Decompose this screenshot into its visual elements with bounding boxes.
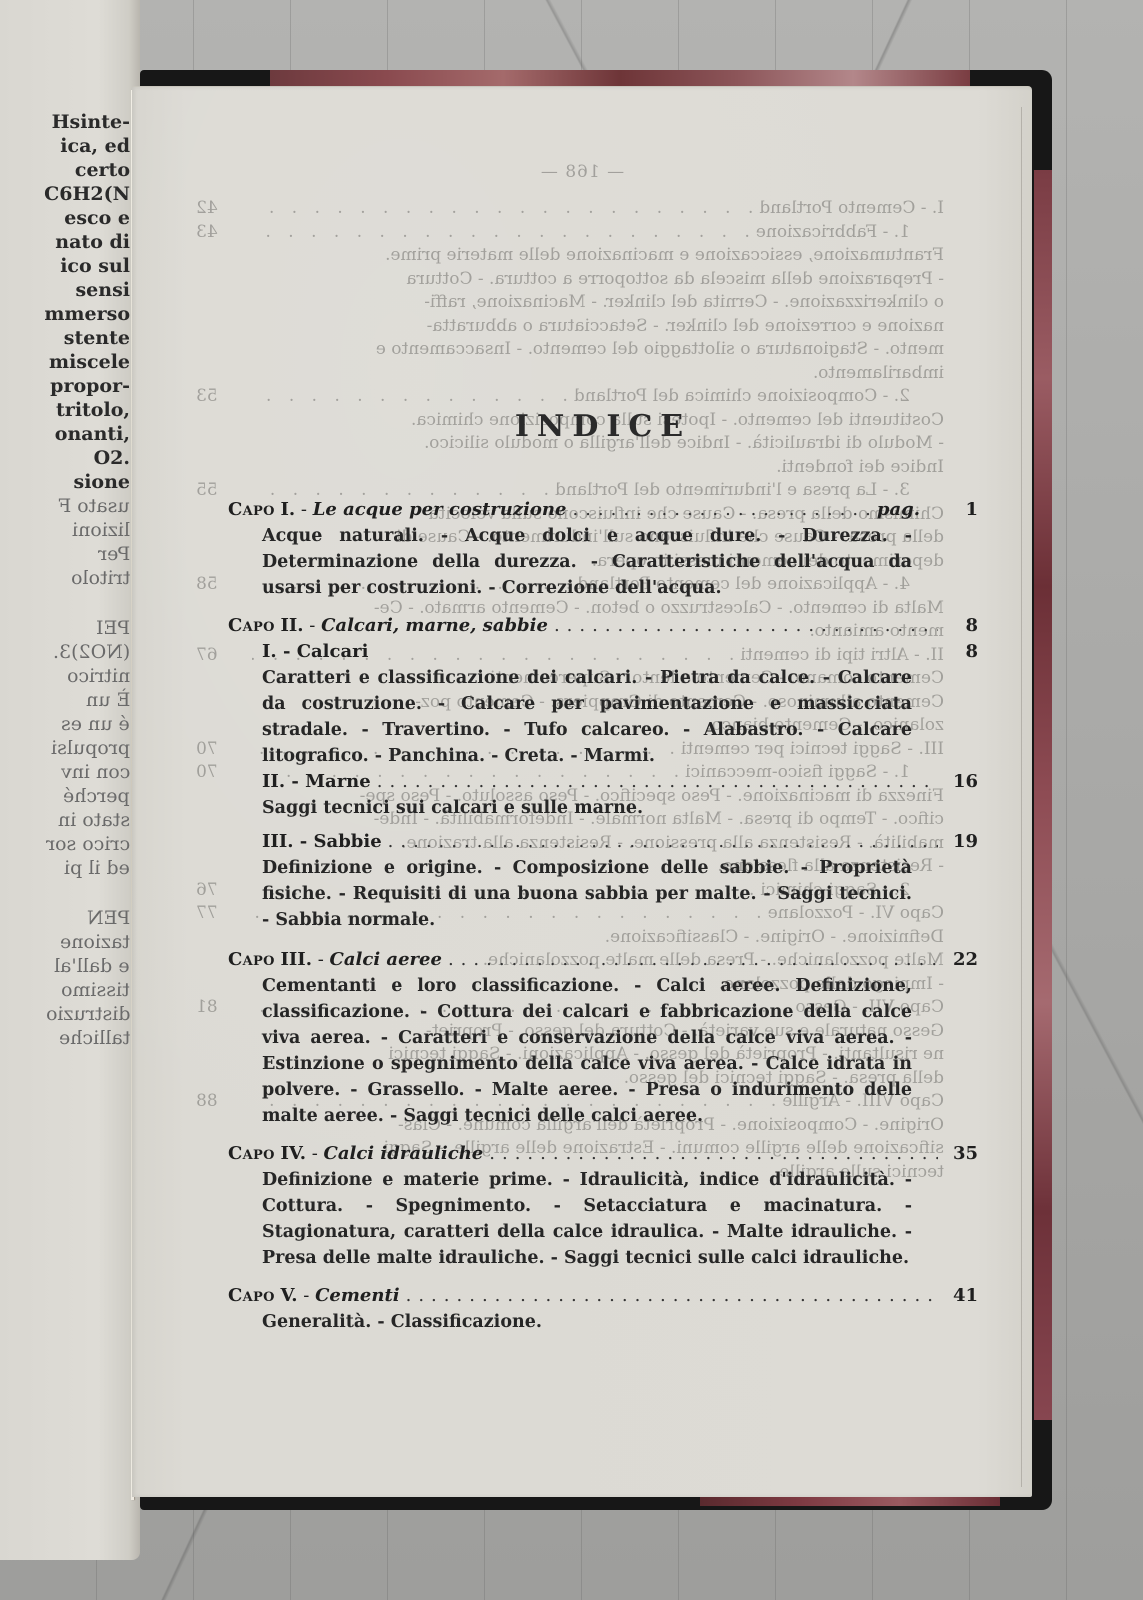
chapter-page-number: 35 (938, 1141, 978, 1167)
left-page-line: stato in (0, 808, 130, 832)
toc-section-marne: II. - Marne ............................… (228, 769, 978, 795)
left-page-line: O2. (0, 446, 130, 470)
toc-chapter-4: Capo IV. - Calci idrauliche ............… (228, 1141, 978, 1271)
left-page-line: talliche (0, 1026, 130, 1050)
right-page: — 168 — I. - Cemento Portland. . . . . .… (132, 86, 1032, 1497)
left-page-line: stente (0, 326, 130, 350)
left-page-line: usato F (0, 494, 130, 518)
chapter-number: V. (280, 1285, 297, 1306)
chapter-title: Cementi (315, 1285, 400, 1306)
chapter-page-number: 8 (938, 613, 978, 639)
toc-section-calcari: I. - Calcari 8 (228, 639, 978, 665)
table-of-contents: INDICE Capo I. - Le acque per costruzion… (228, 87, 978, 1497)
section-title: I. - Calcari (262, 639, 368, 665)
toc-chapter-5: Capo V. - Cementi ......................… (228, 1283, 978, 1335)
chapter-label: Capo (228, 1143, 275, 1164)
left-page-line: é un es (0, 712, 130, 736)
section-description: Saggi tecnici sui calcari e sulle marne. (228, 795, 912, 821)
toc-chapter-3: Capo III. - Calci aeree ................… (228, 947, 978, 1129)
leader-dots: ........................................… (442, 947, 938, 973)
section-page-number: 16 (938, 769, 978, 795)
chapter-title: Calci aeree (330, 949, 442, 970)
chapter-description: Definizione e materie prime. - Idraulici… (228, 1167, 912, 1271)
left-page-line: lizioni (0, 518, 130, 542)
toc-section-sabbie: III. - Sabbie ..........................… (228, 829, 978, 855)
left-page-line: certo (0, 158, 130, 182)
left-page-line: distruzio (0, 1002, 130, 1026)
chapter-page-number: 1 (938, 497, 978, 523)
chapter-title: Le acque per costruzione (313, 499, 567, 520)
left-page-line: Hsinte- (0, 110, 130, 134)
left-page-line: onanti, (0, 422, 130, 446)
left-page-text: Hsinte-ica, edcertoC6H2(Nesco enato diic… (0, 110, 130, 1050)
left-page-line: nato di (0, 230, 130, 254)
left-page-line: È un (0, 688, 130, 712)
chapter-title: Calci idrauliche (324, 1143, 484, 1164)
section-description: Caratteri e classificazione dei calcari.… (228, 665, 912, 769)
chapter-label: Capo (228, 1285, 275, 1306)
page-title: INDICE (228, 409, 978, 444)
left-page-line: tissimo (0, 978, 130, 1002)
left-page-line: (NO2)3. (0, 640, 130, 664)
left-page-line: nitrico (0, 664, 130, 688)
left-page-line: propor- (0, 374, 130, 398)
leader-dots: ........................................… (371, 769, 938, 795)
chapter-title: Calcari, marne, sabbie (321, 615, 548, 636)
left-page-line: tritolo, (0, 398, 130, 422)
toc-entries: Capo I. - Le acque per costruzione .....… (228, 497, 978, 1344)
pag-label: pag. (877, 497, 920, 523)
section-title: III. - Sabbie (262, 829, 382, 855)
chapter-label: Capo (228, 615, 275, 636)
left-page-line: C6H2(N (0, 182, 130, 206)
left-page-line: e dall'al (0, 954, 130, 978)
left-page-line: mmerso (0, 302, 130, 326)
leader-dots: ........................................… (548, 613, 938, 639)
left-page: Hsinte-ica, edcertoC6H2(Nesco enato diic… (0, 0, 140, 1560)
left-page-line: perché (0, 784, 130, 808)
leader-dots: ........................................… (483, 1141, 938, 1167)
chapter-description: Generalità. - Classificazione. (228, 1309, 912, 1335)
left-page-line: tazione (0, 930, 130, 954)
toc-chapter-2: Capo II. - Calcari, marne, sabbie ......… (228, 613, 978, 933)
chapter-description: Cementanti e loro classificazione. - Cal… (228, 973, 912, 1129)
marbled-edge-right (1034, 170, 1052, 1420)
chapter-number: III. (280, 949, 312, 970)
section-description: Definizione e origine. - Composizione de… (228, 855, 912, 933)
chapter-label: Capo (228, 949, 275, 970)
left-page-line: propulsi (0, 736, 130, 760)
chapter-number: I. (280, 499, 295, 520)
left-page-line: PEI (0, 616, 130, 640)
left-page-line: PEN (0, 906, 130, 930)
chapter-label: Capo (228, 499, 275, 520)
left-page-line: esco e (0, 206, 130, 230)
left-page-line: tritolo (0, 566, 130, 590)
leader-dots: ........................................… (566, 497, 876, 523)
leader-dots: ........................................… (400, 1283, 938, 1309)
chapter-page-number: 22 (938, 947, 978, 973)
left-page-line: crico sor (0, 832, 130, 856)
section-title: II. - Marne (262, 769, 371, 795)
left-page-line: ico sul (0, 254, 130, 278)
section-page-number: 8 (938, 639, 978, 665)
leader-dots: ........................................… (382, 829, 938, 855)
left-page-line: miscele (0, 350, 130, 374)
chapter-page-number: 41 (938, 1283, 978, 1309)
chapter-description: Acque naturali. - Acque dolci e acque du… (228, 523, 912, 601)
left-page-line: ica, ed (0, 134, 130, 158)
left-page-line: con inv (0, 760, 130, 784)
section-page-number: 19 (938, 829, 978, 855)
toc-chapter-1: Capo I. - Le acque per costruzione .....… (228, 497, 978, 601)
left-page-line: ed il pi (0, 856, 130, 880)
left-page-line: Per (0, 542, 130, 566)
chapter-number: II. (280, 615, 303, 636)
left-page-line: sensi (0, 278, 130, 302)
chapter-number: IV. (280, 1143, 306, 1164)
left-page-line: sione (0, 470, 130, 494)
